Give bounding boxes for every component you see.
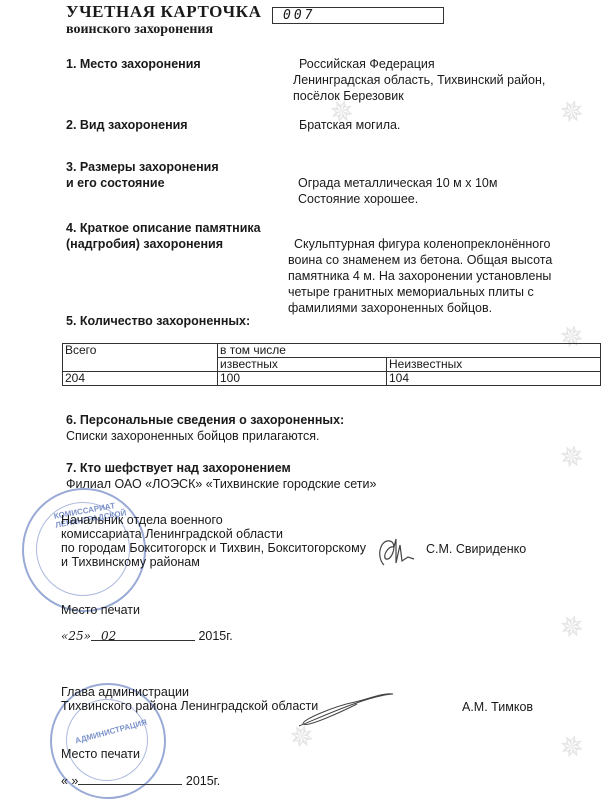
section-3-label: 3. Размеры захоронения и его состояние [66, 159, 219, 191]
signatory-1-position: Начальник отдела военного комиссариата Л… [61, 513, 366, 569]
table-header-including: в том числе [218, 344, 601, 358]
section-2-label: 2. Вид захоронения [66, 117, 188, 133]
section-2-value: Братская могила. [299, 117, 400, 133]
table-header-unknown: Неизвестных [387, 358, 601, 372]
watermark-icon: ✵ [553, 91, 592, 134]
date-2: « » 2015г. [61, 772, 220, 789]
watermark-icon: ✵ [553, 436, 592, 479]
table-row: 204 100 104 [63, 372, 601, 386]
section-4-label: 4. Краткое описание памятника (надгробия… [66, 220, 261, 252]
burial-count-table: Всего в том числе известных Неизвестных … [62, 343, 601, 386]
document-title: УЧЕТНАЯ КАРТОЧКА [66, 2, 261, 22]
section-6-heading: 6. Персональные сведения о захороненных: [66, 412, 344, 428]
section-1-label: 1. Место захоронения [66, 56, 201, 72]
table-cell-known: 100 [218, 372, 387, 386]
signature-1-icon [374, 535, 416, 571]
document-subtitle: воинского захоронения [66, 22, 213, 38]
table-header-known: известных [218, 358, 387, 372]
table-cell-unknown: 104 [387, 372, 601, 386]
signatory-2-position: Глава администрации Тихвинского района Л… [61, 685, 318, 713]
section-7-heading: 7. Кто шефствует над захоронением [66, 460, 291, 476]
section-1-value: Российская Федерация Ленинградская облас… [293, 56, 545, 104]
signatory-1-name: С.М. Свириденко [426, 541, 526, 557]
date-1: «25»02 2015г. [61, 628, 233, 644]
card-number-field: 007 [272, 7, 444, 24]
watermark-icon: ✵ [553, 606, 592, 649]
seal-place-label-1: Место печати [61, 602, 140, 618]
seal-place-label-2: Место печати [61, 746, 140, 762]
section-7-text: Филиал ОАО «ЛОЭСК» «Тихвинские городские… [66, 476, 376, 492]
section-3-value: Ограда металлическая 10 м х 10м Состояни… [298, 175, 497, 207]
section-4-value: Скульптурная фигура коленопреклонённого … [288, 236, 552, 316]
table-cell-total: 204 [63, 372, 218, 386]
table-row: Всего в том числе [63, 344, 601, 358]
watermark-icon: ✵ [553, 726, 592, 769]
signatory-2-name: А.М. Тимков [462, 699, 533, 715]
section-6-text: Списки захороненных бойцов прилагаются. [66, 428, 320, 444]
signature-2-icon [295, 690, 395, 730]
table-header-total: Всего [63, 344, 218, 372]
section-5-heading: 5. Количество захороненных: [66, 313, 250, 329]
